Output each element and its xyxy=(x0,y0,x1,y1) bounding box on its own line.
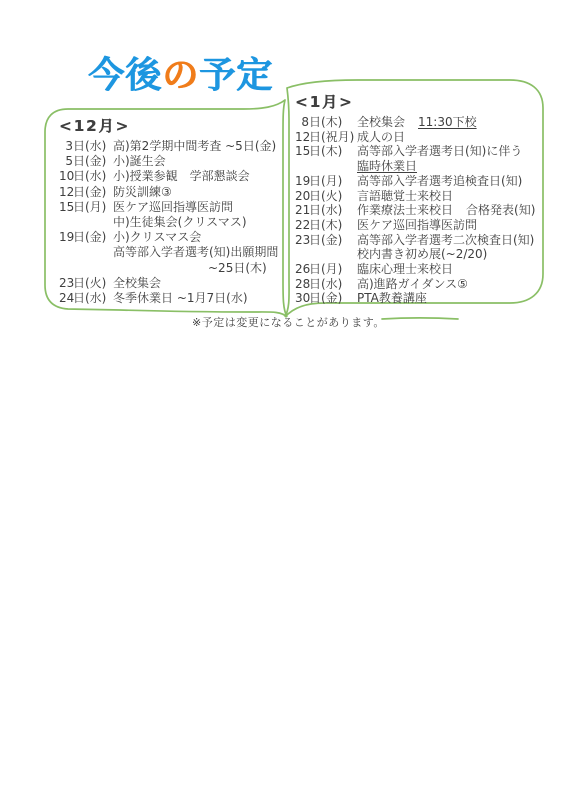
row-text: 高)進路ガイダンス⑤ xyxy=(357,277,468,291)
row-description: 高等部入学者選考(知)出願期間 xyxy=(113,245,278,260)
row-day-number: 26 xyxy=(295,262,309,277)
row-date: 30日(金) xyxy=(295,291,355,306)
row-text: 防災訓練③ xyxy=(113,185,172,199)
row-date: 21日(水) xyxy=(295,203,355,218)
row-day-number: 21 xyxy=(295,203,309,218)
schedule-row: 5日(金)小)誕生会 xyxy=(59,154,278,169)
row-date: 3日(水) xyxy=(59,139,111,154)
row-weekday: 日(木) xyxy=(309,144,342,159)
schedule-row: 10日(水)小)授業参観 学部懇談会 xyxy=(59,169,278,184)
schedule-row: 30日(金)PTA教養講座 xyxy=(295,291,535,306)
row-description: 校内書き初め展(~2/20) xyxy=(357,247,487,262)
row-date: 24日(水) xyxy=(59,291,111,306)
row-day-number: 28 xyxy=(295,277,309,292)
row-weekday: 日(木) xyxy=(309,115,342,130)
row-weekday: 日(金) xyxy=(309,291,342,306)
schedule-row: 20日(火)言語聴覚士来校日 xyxy=(295,189,535,204)
page-title: 今後の予定 xyxy=(88,56,273,96)
row-text: ~25日(木) xyxy=(208,261,267,275)
schedule-rows: 3日(水)高)第2学期中間考査 ~5日(金)5日(金)小)誕生会10日(水)小)… xyxy=(59,139,278,306)
row-text: 高等部入学者選考(知)出願期間 xyxy=(113,245,278,259)
schedule-box-january: <1月> 8日(木)全校集会11:30下校12日(祝月)成人の日15日(木)高等… xyxy=(282,74,548,326)
title-segment-3: 予定 xyxy=(199,55,273,96)
row-text-underlined: 11:30下校 xyxy=(418,115,477,129)
row-text: 中)生徒集会(クリスマス) xyxy=(113,215,247,229)
row-weekday: 日(金) xyxy=(309,233,342,248)
row-description: 高等部入学者選考追検査日(知) xyxy=(357,174,522,189)
row-description: 小)誕生会 xyxy=(113,154,166,169)
row-day-number: 19 xyxy=(295,174,309,189)
schedule-row: 21日(水)作業療法士来校日合格発表(知) xyxy=(295,203,535,218)
row-description: 言語聴覚士来校日 xyxy=(357,189,453,204)
row-weekday: 日(金) xyxy=(73,230,106,245)
row-weekday: 日(金) xyxy=(73,154,106,169)
row-weekday: 日(火) xyxy=(73,276,106,291)
january-content: <1月> 8日(木)全校集会11:30下校12日(祝月)成人の日15日(木)高等… xyxy=(295,93,535,306)
row-text: 臨床心理士来校日 xyxy=(357,262,453,276)
schedule-row: 28日(水)高)進路ガイダンス⑤ xyxy=(295,277,535,292)
schedule-row: 15日(月)医ケア巡回指導医訪問 xyxy=(59,200,278,215)
schedule-row: 24日(水)冬季休業日 ~1月7日(水) xyxy=(59,291,278,306)
row-day-number: 3 xyxy=(59,139,73,154)
schedule-row: 12日(金)防災訓練③ xyxy=(59,185,278,200)
row-date: 28日(水) xyxy=(295,277,355,292)
row-text: 冬季休業日 ~1月7日(水) xyxy=(113,291,248,305)
change-notice: ※予定は変更になることがあります。 xyxy=(192,314,385,330)
row-day-number: 10 xyxy=(59,169,73,184)
row-day-number: 8 xyxy=(295,115,309,130)
row-weekday: 日(月) xyxy=(309,174,342,189)
row-text: 高)第2学期中間考査 ~5日(金) xyxy=(113,139,276,153)
row-description: 小)クリスマス会 xyxy=(113,230,201,245)
row-date: 12日(祝月) xyxy=(295,130,355,145)
row-description: 医ケア巡回指導医訪問 xyxy=(113,200,233,215)
row-day-number: 23 xyxy=(59,276,73,291)
row-weekday: 日(祝月) xyxy=(309,130,354,145)
schedule-row: 8日(木)全校集会11:30下校 xyxy=(295,115,535,130)
row-day-number: 19 xyxy=(59,230,73,245)
row-weekday: 日(金) xyxy=(73,185,106,200)
row-description: 医ケア巡回指導医訪問 xyxy=(357,218,477,233)
row-day-number: 30 xyxy=(295,291,309,306)
month-heading: <1月> xyxy=(295,93,535,112)
row-day-number: 12 xyxy=(295,130,309,145)
schedule-page: 今後の予定 <12月> 3日(水)高)第2学期中間考査 ~5日(金)5日(金)小… xyxy=(0,0,577,800)
row-date: 12日(金) xyxy=(59,185,111,200)
schedule-row: ~25日(木) xyxy=(59,261,278,276)
schedule-row: 臨時休業日 xyxy=(295,159,535,174)
schedule-row: 23日(火)全校集会 xyxy=(59,276,278,291)
row-description: 防災訓練③ xyxy=(113,185,172,200)
row-text: 小)授業参観 学部懇談会 xyxy=(113,169,250,183)
row-date: 5日(金) xyxy=(59,154,111,169)
row-day-number: 15 xyxy=(59,200,73,215)
decorative-line xyxy=(382,318,458,319)
row-weekday: 日(水) xyxy=(309,203,342,218)
row-day-number: 5 xyxy=(59,154,73,169)
schedule-rows: 8日(木)全校集会11:30下校12日(祝月)成人の日15日(木)高等部入学者選… xyxy=(295,115,535,306)
title-segment-1: 今後 xyxy=(88,55,162,96)
row-weekday: 日(月) xyxy=(73,200,106,215)
row-description: 高等部入学者選考日(知)に伴う xyxy=(357,144,522,159)
row-date: 19日(月) xyxy=(295,174,355,189)
row-text: 医ケア巡回指導医訪問 xyxy=(357,218,477,232)
row-date: 22日(木) xyxy=(295,218,355,233)
row-description: 高)進路ガイダンス⑤ xyxy=(357,277,468,292)
row-description: 全校集会11:30下校 xyxy=(357,115,477,130)
row-text: 言語聴覚士来校日 xyxy=(357,189,453,203)
row-date: 8日(木) xyxy=(295,115,355,130)
schedule-row: 19日(月)高等部入学者選考追検査日(知) xyxy=(295,174,535,189)
row-text: 小)クリスマス会 xyxy=(113,230,201,244)
title-segment-2: の xyxy=(162,55,199,96)
row-description: 中)生徒集会(クリスマス) xyxy=(113,215,247,230)
row-date: 15日(月) xyxy=(59,200,111,215)
row-description: 高)第2学期中間考査 ~5日(金) xyxy=(113,139,276,154)
row-date: 26日(月) xyxy=(295,262,355,277)
row-text: 校内書き初め展(~2/20) xyxy=(357,247,487,261)
schedule-row: 23日(金)高等部入学者選考二次検査日(知) xyxy=(295,233,535,248)
row-description: 作業療法士来校日合格発表(知) xyxy=(357,203,535,218)
row-description: 全校集会 xyxy=(113,276,161,291)
row-date: 23日(金) xyxy=(295,233,355,248)
schedule-row: 15日(木)高等部入学者選考日(知)に伴う xyxy=(295,144,535,159)
row-weekday: 日(水) xyxy=(73,139,106,154)
row-text: PTA教養講座 xyxy=(357,291,427,305)
row-day-number: 24 xyxy=(59,291,73,306)
schedule-row: 22日(木)医ケア巡回指導医訪問 xyxy=(295,218,535,233)
row-weekday: 日(木) xyxy=(309,218,342,233)
row-description: ~25日(木) xyxy=(113,261,267,276)
schedule-row: 3日(水)高)第2学期中間考査 ~5日(金) xyxy=(59,139,278,154)
schedule-row: 12日(祝月)成人の日 xyxy=(295,130,535,145)
row-day-number: 20 xyxy=(295,189,309,204)
row-text: 全校集会 xyxy=(357,115,405,129)
row-date: 19日(金) xyxy=(59,230,111,245)
row-description: 臨時休業日 xyxy=(357,159,417,174)
schedule-box-december: <12月> 3日(水)高)第2学期中間考査 ~5日(金)5日(金)小)誕生会10… xyxy=(40,92,292,332)
schedule-row: 校内書き初め展(~2/20) xyxy=(295,247,535,262)
row-text: 医ケア巡回指導医訪問 xyxy=(113,200,233,214)
row-text: 成人の日 xyxy=(357,130,405,144)
schedule-row: 26日(月)臨床心理士来校日 xyxy=(295,262,535,277)
row-description: 成人の日 xyxy=(357,130,405,145)
row-description: PTA教養講座 xyxy=(357,291,427,306)
schedule-row: 中)生徒集会(クリスマス) xyxy=(59,215,278,230)
row-text: 作業療法士来校日 xyxy=(357,203,453,217)
row-day-number: 22 xyxy=(295,218,309,233)
row-weekday: 日(水) xyxy=(73,291,106,306)
row-text: 合格発表(知) xyxy=(466,203,535,217)
row-day-number: 15 xyxy=(295,144,309,159)
row-text: 高等部入学者選考二次検査日(知) xyxy=(357,233,534,247)
schedule-row: 19日(金)小)クリスマス会 xyxy=(59,230,278,245)
month-heading: <12月> xyxy=(59,117,278,136)
row-weekday: 日(水) xyxy=(309,277,342,292)
row-text: 高等部入学者選考追検査日(知) xyxy=(357,174,522,188)
row-date: 10日(水) xyxy=(59,169,111,184)
december-content: <12月> 3日(水)高)第2学期中間考査 ~5日(金)5日(金)小)誕生会10… xyxy=(59,117,278,306)
row-date: 23日(火) xyxy=(59,276,111,291)
row-text: 全校集会 xyxy=(113,276,161,290)
row-date: 15日(木) xyxy=(295,144,355,159)
row-day-number: 23 xyxy=(295,233,309,248)
row-weekday: 日(月) xyxy=(309,262,342,277)
row-weekday: 日(水) xyxy=(73,169,106,184)
row-description: 冬季休業日 ~1月7日(水) xyxy=(113,291,248,306)
row-day-number: 12 xyxy=(59,185,73,200)
row-date: 20日(火) xyxy=(295,189,355,204)
row-text-underlined: 臨時休業日 xyxy=(357,159,417,173)
row-description: 高等部入学者選考二次検査日(知) xyxy=(357,233,534,248)
row-text: 小)誕生会 xyxy=(113,154,166,168)
schedule-row: 高等部入学者選考(知)出願期間 xyxy=(59,245,278,260)
row-description: 小)授業参観 学部懇談会 xyxy=(113,169,250,184)
row-weekday: 日(火) xyxy=(309,189,342,204)
row-text: 高等部入学者選考日(知)に伴う xyxy=(357,144,522,158)
row-description: 臨床心理士来校日 xyxy=(357,262,453,277)
